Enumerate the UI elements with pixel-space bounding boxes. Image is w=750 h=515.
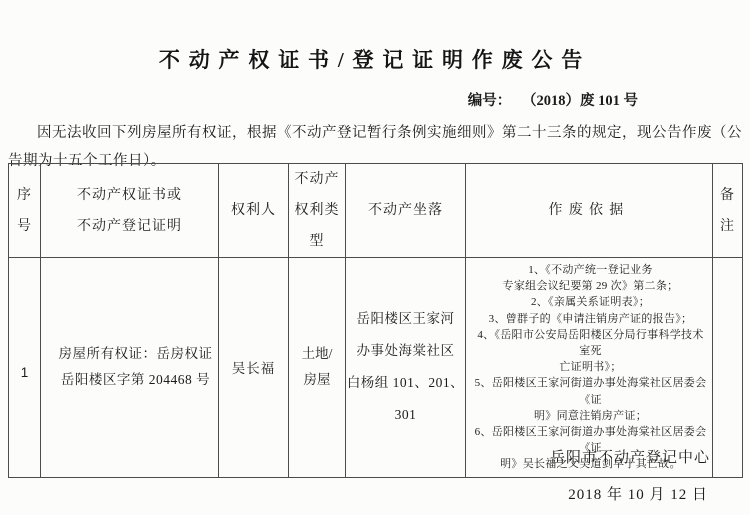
basis-list: 1、《不动产统一登记业务 专家组会议纪要第 29 次》第二条； 2、《亲属关系证…: [466, 258, 712, 477]
cell-location: 岳阳楼区王家河 办事处海棠社区 白杨组 101、201、 301: [346, 258, 466, 478]
header-index: 序 号: [9, 164, 41, 258]
header-location: 不动产坐落: [346, 164, 466, 258]
holder-name: 吴长福: [219, 357, 288, 377]
table-header-row: 序 号 不动产权证书或 不动产登记证明 权利人 不动产 权利类型 不动产坐落 作…: [9, 164, 743, 258]
row-index: 1: [9, 354, 40, 380]
cell-holder: 吴长福: [219, 258, 289, 478]
invalidation-table: 序 号 不动产权证书或 不动产登记证明 权利人 不动产 权利类型 不动产坐落 作…: [8, 163, 743, 478]
right-type-text: 土地/ 房屋: [289, 341, 345, 393]
issuer-signature: 岳阳市不动产登记中心: [550, 446, 710, 467]
basis-item: 5、岳阳楼区王家河街道办事处海棠社区居委会《证 明》同意注销房产证；: [473, 375, 708, 424]
notice-document-page: 不动产权证书/登记证明作废公告 编号：（2018）废 101 号 因无法收回下列…: [0, 0, 750, 515]
issue-date: 2018 年 10 月 12 日: [568, 483, 708, 504]
basis-item: 4、《岳阳市公安局岳阳楼区分局行事科学技术室死 亡证明书》；: [473, 327, 708, 376]
cell-basis: 1、《不动产统一登记业务 专家组会议纪要第 29 次》第二条； 2、《亲属关系证…: [466, 258, 713, 478]
cell-remarks: [713, 258, 743, 478]
basis-item: 2、《亲属关系证明表》；: [473, 294, 708, 310]
cell-certificate: 房屋所有权证：岳房权证 岳阳楼区字第 204468 号: [41, 258, 219, 478]
basis-item: 3、曾群子的《申请注销房产证的报告》；: [473, 311, 708, 327]
location-text: 岳阳楼区王家河 办事处海棠社区 白杨组 101、201、 301: [346, 303, 465, 431]
cell-index: 1: [9, 258, 41, 478]
basis-item: 1、《不动产统一登记业务 专家组会议纪要第 29 次》第二条；: [473, 262, 708, 294]
doc-number-value: （2018）废 101 号: [529, 93, 638, 109]
table-row: 1 房屋所有权证：岳房权证 岳阳楼区字第 204468 号 吴长福 土地/ 房屋…: [9, 258, 743, 478]
header-holder: 权利人: [219, 164, 289, 258]
header-remarks: 备 注: [713, 164, 743, 258]
header-right-type: 不动产 权利类型: [289, 164, 346, 258]
header-certificate: 不动产权证书或 不动产登记证明: [41, 164, 219, 258]
certificate-text: 房屋所有权证：岳房权证 岳阳楼区字第 204468 号: [41, 341, 218, 393]
cell-right-type: 土地/ 房屋: [289, 258, 346, 478]
doc-number-label: 编号：: [468, 93, 512, 109]
doc-number-line: 编号：（2018）废 101 号: [0, 89, 750, 110]
page-title: 不动产权证书/登记证明作废公告: [0, 44, 750, 74]
header-basis: 作废依据: [466, 164, 713, 258]
